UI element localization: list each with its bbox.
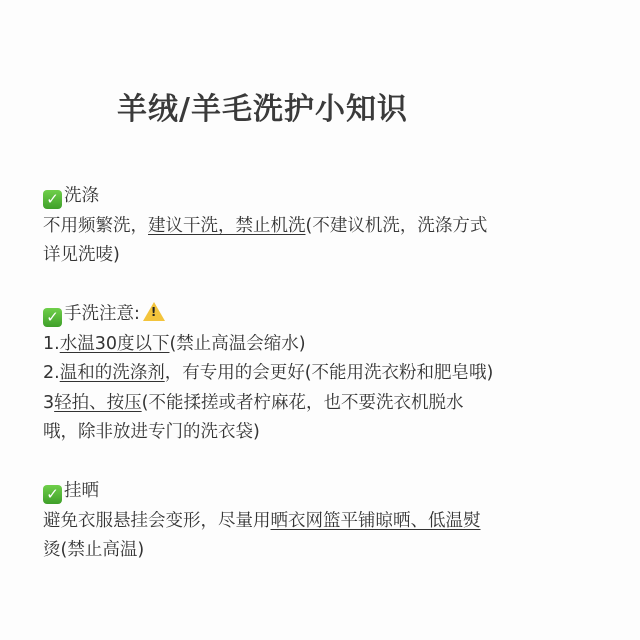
page-title: 羊绒/羊毛洗护小知识 [117,84,408,128]
text-line: 详见洗唛) [43,241,623,271]
warning-icon: ! [143,302,165,321]
text-line: 不用频繁洗，建议干洗，禁止机洗(不建议机洗，洗涤方式 [43,212,623,242]
check-mark-icon: ✓ [43,190,62,209]
content: ✓洗涤 不用频繁洗，建议干洗，禁止机洗(不建议机洗，洗涤方式 详见洗唛) ✓手洗… [43,182,623,566]
text-line: 烫(禁止高温) [43,536,623,566]
text-line: 2.温和的洗涤剂，有专用的会更好(不能用洗衣粉和肥皂哦) [43,359,623,389]
check-mark-icon: ✓ [43,485,62,504]
text-line: 1.水温30度以下(禁止高温会缩水) [43,330,623,360]
text-line: 哦，除非放进专门的洗衣袋) [43,418,623,448]
section-heading-washing: ✓洗涤 [43,182,623,212]
text-line: 3轻拍、按压(不能揉搓或者柠麻花，也不要洗衣机脱水 [43,389,623,419]
check-mark-icon: ✓ [43,308,62,327]
section-heading-handwash: ✓手洗注意:! [43,300,623,330]
text-line: 避免衣服悬挂会变形，尽量用晒衣网篮平铺晾晒、低温熨 [43,507,623,537]
section-heading-drying: ✓挂晒 [43,477,623,507]
